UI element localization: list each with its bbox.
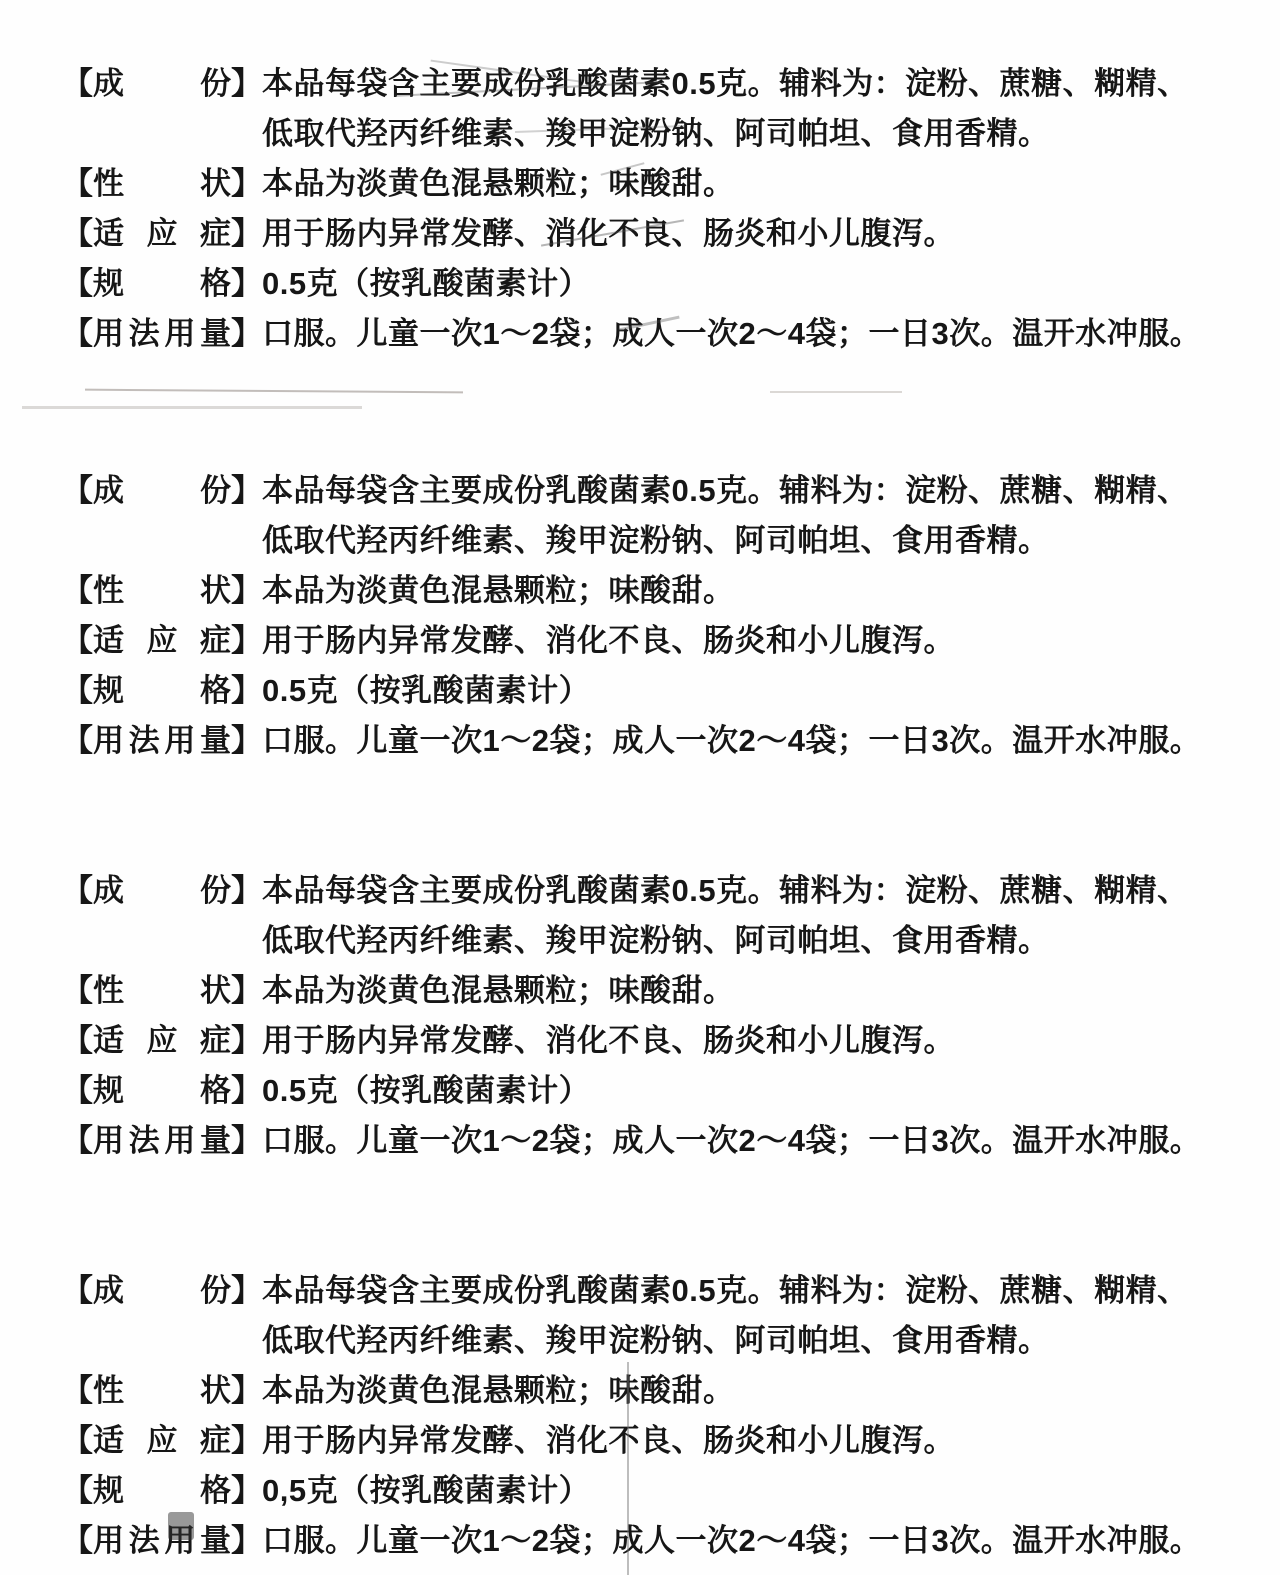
field-row: 【用法用量】口服。儿童一次1～2袋；成人一次2～4袋；一日3次。温开水冲服。 (62, 712, 1201, 762)
field-label-text: 用法用量 (93, 715, 231, 760)
close-bracket: 】 (231, 1365, 262, 1410)
field-label: 【规格】 (62, 665, 262, 710)
open-bracket: 【 (62, 615, 93, 660)
field-label: 【用法用量】 (62, 1115, 262, 1160)
label-char: 用 (164, 715, 195, 760)
label-char: 用 (164, 1115, 195, 1160)
open-bracket: 【 (62, 1065, 93, 1110)
insert-block: 【成份】本品每袋含主要成份乳酸菌素0.5克。辅料为：淀粉、蔗糖、糊精、低取代羟丙… (62, 1262, 1201, 1562)
field-label: 【性状】 (62, 1365, 262, 1410)
field-label: 【适应症】 (62, 208, 262, 253)
field-label-text: 性状 (93, 965, 231, 1010)
field-value: 口服。儿童一次1～2袋；成人一次2～4袋；一日3次。温开水冲服。 (262, 715, 1201, 760)
field-label-text: 规格 (93, 1465, 231, 1510)
field-label: 【适应症】 (62, 615, 262, 660)
open-bracket: 【 (62, 965, 93, 1010)
field-label-text: 性状 (93, 158, 231, 203)
scan-fold-streak (770, 391, 902, 393)
open-bracket: 【 (62, 208, 93, 253)
label-char: 适 (93, 615, 124, 660)
label-char: 应 (147, 615, 178, 660)
label-char: 规 (93, 258, 124, 303)
field-row-continuation: 低取代羟丙纤维素、羧甲淀粉钠、阿司帕坦、食用香精。 (62, 1312, 1201, 1362)
close-bracket: 】 (231, 1415, 262, 1460)
field-label: 【成份】 (62, 865, 262, 910)
open-bracket: 【 (62, 1265, 93, 1310)
field-label-text: 规格 (93, 258, 231, 303)
field-row: 【适应症】用于肠内异常发酵、消化不良、肠炎和小儿腹泻。 (62, 1412, 1201, 1462)
label-char: 用 (93, 1115, 124, 1160)
label-char: 格 (200, 1465, 231, 1510)
label-char: 法 (129, 308, 160, 353)
label-char: 状 (200, 965, 231, 1010)
field-label: 【规格】 (62, 258, 262, 303)
field-label-text: 适应症 (93, 615, 231, 660)
field-row: 【规格】0.5克（按乳酸菌素计） (62, 255, 1201, 305)
package-insert-scan: 【成份】本品每袋含主要成份乳酸菌素0.5克。辅料为：淀粉、蔗糖、糊精、低取代羟丙… (0, 0, 1280, 1575)
field-label: 【成份】 (62, 1265, 262, 1310)
field-value: 用于肠内异常发酵、消化不良、肠炎和小儿腹泻。 (262, 1415, 955, 1460)
field-row-continuation: 低取代羟丙纤维素、羧甲淀粉钠、阿司帕坦、食用香精。 (62, 512, 1201, 562)
label-char: 状 (200, 565, 231, 610)
field-label-text: 适应症 (93, 1415, 231, 1460)
open-bracket: 【 (62, 665, 93, 710)
label-char: 应 (147, 208, 178, 253)
close-bracket: 】 (231, 865, 262, 910)
label-char: 份 (200, 58, 231, 103)
label-char: 规 (93, 665, 124, 710)
field-label-text: 成份 (93, 465, 231, 510)
label-char: 适 (93, 208, 124, 253)
field-row: 【成份】本品每袋含主要成份乳酸菌素0.5克。辅料为：淀粉、蔗糖、糊精、 (62, 862, 1201, 912)
close-bracket: 】 (231, 715, 262, 760)
field-label-text: 适应症 (93, 1015, 231, 1060)
close-bracket: 】 (231, 965, 262, 1010)
label-char: 法 (129, 1115, 160, 1160)
open-bracket: 【 (62, 258, 93, 303)
field-label-text: 性状 (93, 565, 231, 610)
field-label: 【成份】 (62, 58, 262, 103)
label-char: 性 (93, 565, 124, 610)
label-char: 状 (200, 158, 231, 203)
close-bracket: 】 (231, 1265, 262, 1310)
close-bracket: 】 (231, 58, 262, 103)
field-label: 【性状】 (62, 158, 262, 203)
field-label-text: 成份 (93, 58, 231, 103)
label-char: 用 (93, 308, 124, 353)
label-char: 量 (200, 1115, 231, 1160)
close-bracket: 】 (231, 465, 262, 510)
field-label-text: 性状 (93, 1365, 231, 1410)
field-value: 口服。儿童一次1～2袋；成人一次2～4袋；一日3次。温开水冲服。 (262, 1115, 1201, 1160)
field-value: 用于肠内异常发酵、消化不良、肠炎和小儿腹泻。 (262, 615, 955, 660)
field-value: 本品每袋含主要成份乳酸菌素0.5克。辅料为：淀粉、蔗糖、糊精、 (262, 58, 1189, 103)
field-value: 0.5克（按乳酸菌素计） (262, 258, 590, 303)
field-value: 本品为淡黄色混悬颗粒；味酸甜。 (262, 1365, 735, 1410)
label-char: 量 (200, 1515, 231, 1560)
field-label-text: 规格 (93, 1065, 231, 1110)
field-row: 【用法用量】口服。儿童一次1～2袋；成人一次2～4袋；一日3次。温开水冲服。 (62, 305, 1201, 355)
field-row: 【成份】本品每袋含主要成份乳酸菌素0.5克。辅料为：淀粉、蔗糖、糊精、 (62, 55, 1201, 105)
close-bracket: 】 (231, 208, 262, 253)
field-label: 【用法用量】 (62, 308, 262, 353)
label-char: 应 (147, 1415, 178, 1460)
open-bracket: 【 (62, 158, 93, 203)
field-row: 【成份】本品每袋含主要成份乳酸菌素0.5克。辅料为：淀粉、蔗糖、糊精、 (62, 1262, 1201, 1312)
open-bracket: 【 (62, 1515, 93, 1560)
field-label: 【用法用量】 (62, 715, 262, 760)
label-char: 量 (200, 308, 231, 353)
label-char: 成 (93, 58, 124, 103)
label-char: 性 (93, 1365, 124, 1410)
label-char: 规 (93, 1065, 124, 1110)
field-value: 用于肠内异常发酵、消化不良、肠炎和小儿腹泻。 (262, 208, 955, 253)
field-label: 【规格】 (62, 1465, 262, 1510)
field-row: 【适应症】用于肠内异常发酵、消化不良、肠炎和小儿腹泻。 (62, 205, 1201, 255)
field-row: 【适应症】用于肠内异常发酵、消化不良、肠炎和小儿腹泻。 (62, 612, 1201, 662)
label-char: 格 (200, 665, 231, 710)
close-bracket: 】 (231, 1465, 262, 1510)
label-char: 用 (93, 715, 124, 760)
field-value: 0.5克（按乳酸菌素计） (262, 1065, 590, 1110)
open-bracket: 【 (62, 308, 93, 353)
label-char: 格 (200, 258, 231, 303)
field-row: 【性状】本品为淡黄色混悬颗粒；味酸甜。 (62, 562, 1201, 612)
field-value: 0.5克（按乳酸菌素计） (262, 665, 590, 710)
label-char: 成 (93, 865, 124, 910)
field-row: 【成份】本品每袋含主要成份乳酸菌素0.5克。辅料为：淀粉、蔗糖、糊精、 (62, 462, 1201, 512)
field-value: 本品为淡黄色混悬颗粒；味酸甜。 (262, 565, 735, 610)
field-row: 【规格】0.5克（按乳酸菌素计） (62, 1062, 1201, 1112)
close-bracket: 】 (231, 1115, 262, 1160)
field-value: 用于肠内异常发酵、消化不良、肠炎和小儿腹泻。 (262, 1015, 955, 1060)
field-row: 【性状】本品为淡黄色混悬颗粒；味酸甜。 (62, 1362, 1201, 1412)
close-bracket: 】 (231, 615, 262, 660)
field-value: 本品每袋含主要成份乳酸菌素0.5克。辅料为：淀粉、蔗糖、糊精、 (262, 865, 1189, 910)
label-char: 法 (129, 1515, 160, 1560)
field-label-text: 规格 (93, 665, 231, 710)
field-label-text: 成份 (93, 865, 231, 910)
field-row: 【用法用量】口服。儿童一次1～2袋；成人一次2～4袋；一日3次。温开水冲服。 (62, 1512, 1201, 1562)
open-bracket: 【 (62, 565, 93, 610)
field-value: 本品每袋含主要成份乳酸菌素0.5克。辅料为：淀粉、蔗糖、糊精、 (262, 465, 1189, 510)
insert-block: 【成份】本品每袋含主要成份乳酸菌素0.5克。辅料为：淀粉、蔗糖、糊精、低取代羟丙… (62, 862, 1201, 1162)
field-label: 【规格】 (62, 1065, 262, 1110)
field-label-text: 用法用量 (93, 308, 231, 353)
field-value: 本品为淡黄色混悬颗粒；味酸甜。 (262, 965, 735, 1010)
field-value: 本品每袋含主要成份乳酸菌素0.5克。辅料为：淀粉、蔗糖、糊精、 (262, 1265, 1189, 1310)
field-label: 【适应症】 (62, 1015, 262, 1060)
close-bracket: 】 (231, 258, 262, 303)
label-char: 适 (93, 1415, 124, 1460)
close-bracket: 】 (231, 565, 262, 610)
field-label-text: 用法用量 (93, 1515, 231, 1560)
field-row: 【适应症】用于肠内异常发酵、消化不良、肠炎和小儿腹泻。 (62, 1012, 1201, 1062)
scan-fold-streak (22, 406, 362, 409)
field-label: 【适应症】 (62, 1415, 262, 1460)
label-char: 法 (129, 715, 160, 760)
label-char: 用 (93, 1515, 124, 1560)
label-char: 性 (93, 965, 124, 1010)
field-value-continued: 低取代羟丙纤维素、羧甲淀粉钠、阿司帕坦、食用香精。 (262, 515, 1050, 560)
close-bracket: 】 (231, 1065, 262, 1110)
field-label-text: 成份 (93, 1265, 231, 1310)
field-row: 【用法用量】口服。儿童一次1～2袋；成人一次2～4袋；一日3次。温开水冲服。 (62, 1112, 1201, 1162)
label-char: 症 (200, 1015, 231, 1060)
insert-block: 【成份】本品每袋含主要成份乳酸菌素0.5克。辅料为：淀粉、蔗糖、糊精、低取代羟丙… (62, 55, 1201, 355)
field-value: 口服。儿童一次1～2袋；成人一次2～4袋；一日3次。温开水冲服。 (262, 1515, 1201, 1560)
label-char: 量 (200, 715, 231, 760)
field-label: 【用法用量】 (62, 1515, 262, 1560)
field-row: 【规格】0,5克（按乳酸菌素计） (62, 1462, 1201, 1512)
label-char: 状 (200, 1365, 231, 1410)
field-row: 【规格】0.5克（按乳酸菌素计） (62, 662, 1201, 712)
field-row-continuation: 低取代羟丙纤维素、羧甲淀粉钠、阿司帕坦、食用香精。 (62, 105, 1201, 155)
close-bracket: 】 (231, 308, 262, 353)
field-label-text: 适应症 (93, 208, 231, 253)
open-bracket: 【 (62, 1465, 93, 1510)
field-row: 【性状】本品为淡黄色混悬颗粒；味酸甜。 (62, 962, 1201, 1012)
open-bracket: 【 (62, 1365, 93, 1410)
label-char: 份 (200, 465, 231, 510)
label-char: 用 (164, 1515, 195, 1560)
field-label-text: 用法用量 (93, 1115, 231, 1160)
label-char: 格 (200, 1065, 231, 1110)
label-char: 症 (200, 208, 231, 253)
open-bracket: 【 (62, 1415, 93, 1460)
field-value-continued: 低取代羟丙纤维素、羧甲淀粉钠、阿司帕坦、食用香精。 (262, 915, 1050, 960)
label-char: 症 (200, 615, 231, 660)
label-char: 应 (147, 1015, 178, 1060)
field-value: 口服。儿童一次1～2袋；成人一次2～4袋；一日3次。温开水冲服。 (262, 308, 1201, 353)
field-label: 【性状】 (62, 565, 262, 610)
field-label: 【性状】 (62, 965, 262, 1010)
open-bracket: 【 (62, 1015, 93, 1060)
open-bracket: 【 (62, 715, 93, 760)
close-bracket: 】 (231, 158, 262, 203)
insert-block: 【成份】本品每袋含主要成份乳酸菌素0.5克。辅料为：淀粉、蔗糖、糊精、低取代羟丙… (62, 462, 1201, 762)
field-label: 【成份】 (62, 465, 262, 510)
label-char: 适 (93, 1015, 124, 1060)
open-bracket: 【 (62, 465, 93, 510)
open-bracket: 【 (62, 865, 93, 910)
label-char: 性 (93, 158, 124, 203)
label-char: 用 (164, 308, 195, 353)
open-bracket: 【 (62, 58, 93, 103)
scan-fold-streak (85, 389, 463, 394)
label-char: 份 (200, 1265, 231, 1310)
field-value-continued: 低取代羟丙纤维素、羧甲淀粉钠、阿司帕坦、食用香精。 (262, 108, 1050, 153)
label-char: 成 (93, 1265, 124, 1310)
open-bracket: 【 (62, 1115, 93, 1160)
label-char: 份 (200, 865, 231, 910)
close-bracket: 】 (231, 1015, 262, 1060)
field-value: 0,5克（按乳酸菌素计） (262, 1465, 590, 1510)
field-value-continued: 低取代羟丙纤维素、羧甲淀粉钠、阿司帕坦、食用香精。 (262, 1315, 1050, 1360)
label-char: 成 (93, 465, 124, 510)
field-row: 【性状】本品为淡黄色混悬颗粒；味酸甜。 (62, 155, 1201, 205)
close-bracket: 】 (231, 665, 262, 710)
field-row-continuation: 低取代羟丙纤维素、羧甲淀粉钠、阿司帕坦、食用香精。 (62, 912, 1201, 962)
field-value: 本品为淡黄色混悬颗粒；味酸甜。 (262, 158, 735, 203)
label-char: 规 (93, 1465, 124, 1510)
close-bracket: 】 (231, 1515, 262, 1560)
label-char: 症 (200, 1415, 231, 1460)
